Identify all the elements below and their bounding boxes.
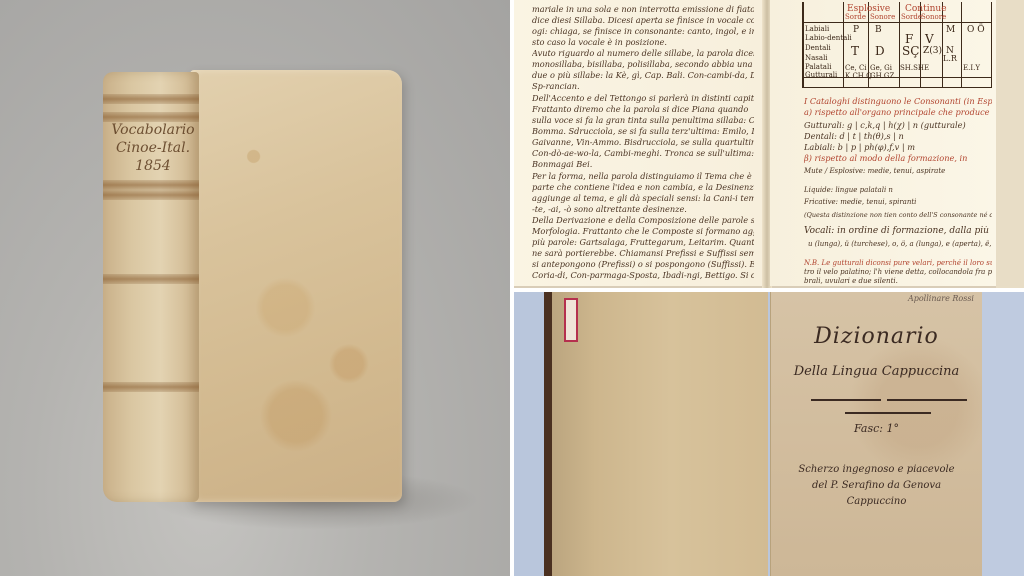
manuscript-line: ne sarà portierebbe. Chiamansi Prefissi … xyxy=(532,248,754,259)
manuscript-line: sulla voce si fa la gran tinta sulla pen… xyxy=(532,115,754,126)
table-cell: Ce, Ci xyxy=(845,64,867,72)
backdrop xyxy=(982,292,1024,576)
table-cell: SH.SHE xyxy=(900,64,929,72)
blank-flyleaf xyxy=(552,292,768,576)
table-cell: B xyxy=(875,25,882,35)
table-cell: O Ö xyxy=(967,25,985,35)
subtitle: Della Lingua Cappuccina xyxy=(771,364,982,379)
manuscript-line: Frattanto diremo che la parola si dice P… xyxy=(532,104,754,115)
consonant-table: Esplosive Continue Sorde Sonore Sorde So… xyxy=(802,2,992,88)
decorative-rule xyxy=(887,399,967,401)
manuscript-line: dice diesi Sillaba. Dicesi aperta se fin… xyxy=(532,15,754,26)
manuscript-right-line: brali, uvulari e due silenti. xyxy=(804,276,992,287)
spine-band xyxy=(103,274,199,284)
manuscript-page-edge xyxy=(996,0,1024,288)
manuscript-right-line: u (lunga), ü (turchese), o, ö, a (lunga)… xyxy=(808,239,992,250)
table-cell: SÇ xyxy=(902,44,919,58)
table-cell: K.CH.Q xyxy=(845,72,872,80)
decorative-rule xyxy=(811,399,881,401)
table-cell: D xyxy=(875,44,885,58)
table-cell: M xyxy=(946,25,955,35)
title-dizionario: Dizionario xyxy=(771,324,982,349)
red-stamp xyxy=(564,298,578,342)
manuscript-right-line: Fricative: medie, tenui, spiranti xyxy=(804,197,992,208)
manuscript-line: Dell'Accento e del Tettongo si parlerà i… xyxy=(532,93,754,104)
table-cell: P xyxy=(853,25,859,35)
spine-band xyxy=(103,112,199,122)
manuscript-right-line: a) rispetto all'organo principale che pr… xyxy=(804,107,992,118)
manuscript-line: -te, -ai, -ò sono altrettante desinenze. xyxy=(532,204,754,215)
table-subheader: Sorde xyxy=(845,13,866,21)
manuscript-line: due o più sillabe: la Kè, gì, Cap. Bali.… xyxy=(532,70,754,81)
corner-signature: Apollinare Rossi xyxy=(908,294,974,303)
manuscript-line: Morfologia. Frattanto che le Composte si… xyxy=(532,226,754,237)
manuscript-line: più parole: Gartsalaga, Fruttegarum, Lei… xyxy=(532,237,754,248)
spine-band xyxy=(103,180,199,190)
manuscript-right-line: (Questa distinzione non tien conto dell'… xyxy=(804,210,992,221)
photo-manuscript-grammar: mariale in una sola e non interrotta emi… xyxy=(514,0,1024,288)
table-subheader: Sorde xyxy=(901,13,922,21)
manuscript-line: Coria-di, Con-parmaga-Sposta, Ibadi-ngi,… xyxy=(532,270,754,281)
manuscript-right-line: Liquide: lingue palatali n xyxy=(804,185,992,196)
manuscript-line: aggiunge al tema, e gli dà speciali sens… xyxy=(532,193,754,204)
manuscript-line: Avuto riguardo al numero delle sillabe, … xyxy=(532,48,754,59)
manuscript-line: Per la forma, nella parola distinguiamo … xyxy=(532,171,754,182)
author-line-2: del P. Serafino da Genova xyxy=(771,480,982,491)
spine-title-line-1: Vocabolario xyxy=(109,122,197,139)
table-row-label: Nasali xyxy=(805,54,828,62)
photo-dizionario-title-page: Apollinare Rossi Dizionario Della Lingua… xyxy=(514,292,1024,576)
table-cell: GH.GZ xyxy=(870,72,894,80)
table-cell: Ge, Gi xyxy=(870,64,892,72)
table-cell: Z(3) xyxy=(923,46,942,56)
manuscript-line: Bomma. Sdrucciola, se si fa sulla terz'u… xyxy=(532,126,754,137)
manuscript-right-line: I Cataloghi distinguono le Consonanti (i… xyxy=(804,96,992,107)
manuscript-right-line: β) rispetto al modo della formazione, in xyxy=(804,153,992,164)
decorative-rule xyxy=(845,412,931,414)
manuscript-line: Bonmagai Bei. xyxy=(532,159,754,170)
book-spine: Vocabolario Cinoe-Ital. 1854 xyxy=(103,72,199,502)
table-subheader: Sonore xyxy=(870,13,895,21)
manuscript-right-line: Mute / Esplosive: medie, tenui, aspirate xyxy=(804,166,992,177)
manuscript-line: Della Derivazione e della Composizione d… xyxy=(532,215,754,226)
table-row-label: Palatali xyxy=(805,63,831,71)
table-cell: T xyxy=(851,44,859,58)
table-row-label: Labiali xyxy=(805,25,829,33)
manuscript-line: parte che contiene l'idea e non cambia, … xyxy=(532,182,754,193)
spine-band xyxy=(103,382,199,392)
manuscript-line: monosillaba, bisillaba, polisillaba, sec… xyxy=(532,59,754,70)
book-front-cover xyxy=(190,70,402,502)
table-cell: V xyxy=(925,32,934,46)
manuscript-right-line: Dentali: d | t | th(θ),s | n xyxy=(804,131,992,142)
manuscript-right-line: Vocali: in ordine di formazione, dalla p… xyxy=(804,226,992,237)
spine-title-line-2: Cinoe-Ital. xyxy=(109,140,197,157)
manuscript-line: Con-dò-ae-wo-la, Cambi-meghi. Tronca se … xyxy=(532,148,754,159)
table-cell: E.I.Y xyxy=(963,64,980,72)
spine-title-year: 1854 xyxy=(109,158,197,175)
table-row-label: Gutturali xyxy=(805,71,837,79)
title-page: Apollinare Rossi Dizionario Della Lingua… xyxy=(770,292,982,576)
table-row-label: Labio-dentali xyxy=(805,34,852,42)
table-cell: L.R xyxy=(943,54,957,63)
manuscript-line: Sp-rancian. xyxy=(532,81,754,92)
spine-band xyxy=(103,190,199,200)
manuscript-left-page: mariale in una sola e non interrotta emi… xyxy=(514,0,764,286)
manuscript-line: ogi: chiaga, se finisce in consonante: c… xyxy=(532,26,754,37)
manuscript-right-line: Gutturali: g | c,k,q | h(χ) | n (guttura… xyxy=(804,120,992,131)
table-subheader: Sonore xyxy=(921,13,946,21)
author-line-3: Cappuccino xyxy=(771,496,982,507)
manuscript-line: Gaivanne, Vin-Ammo. Bisdrucciola, se sul… xyxy=(532,137,754,148)
manuscript-line: mariale in una sola e non interrotta emi… xyxy=(532,4,754,15)
manuscript-line: sto caso la vocale è in posizione. xyxy=(532,37,754,48)
author-line-1: Scherzo ingegnoso e piacevole xyxy=(771,464,982,475)
fascicle-label: Fasc: 1° xyxy=(771,422,982,435)
book-board xyxy=(544,292,552,576)
photo-vellum-book: Vocabolario Cinoe-Ital. 1854 xyxy=(0,0,510,576)
manuscript-right-line: Labiali: b | p | ph(φ),f,v | m xyxy=(804,142,992,153)
spine-band xyxy=(103,94,199,104)
table-row-label: Dentali xyxy=(805,44,831,52)
manuscript-line: si antepongono (Prefissi) o si pospongon… xyxy=(532,259,754,270)
